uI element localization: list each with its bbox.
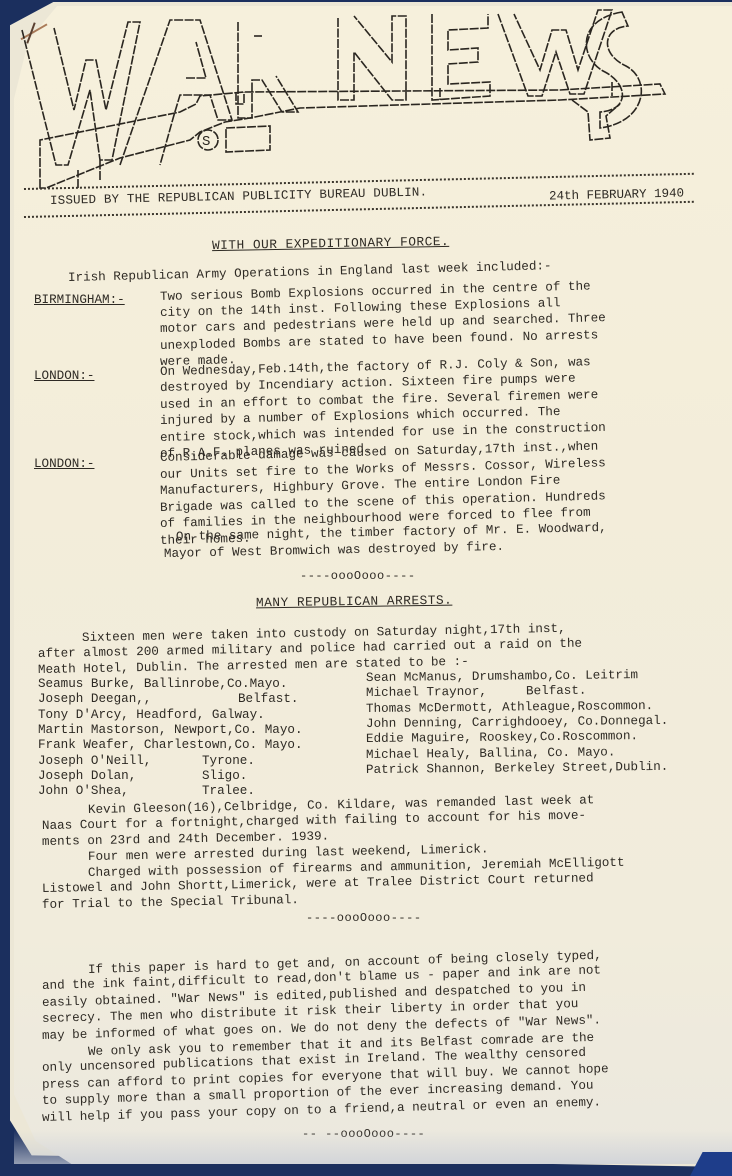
person-name: Joseph Deegan,, — [38, 692, 151, 706]
page-curl-shadow — [14, 1130, 732, 1164]
person-name: Thomas McDermott, — [366, 700, 502, 715]
arrested-person: Michael Traynor, Belfast. — [366, 684, 487, 701]
arrested-person: Tony D'Arcy, Headford, Galway. — [38, 707, 265, 723]
person-hometown: Athleague,Roscommon. — [502, 699, 653, 715]
place-label-birmingham: BIRMINGHAM:- — [34, 292, 125, 308]
person-name: John Denning, — [366, 716, 472, 731]
person-hometown: Rooskey,Co.Roscommon. — [479, 729, 638, 745]
separator: ----oooOooo---- — [306, 910, 422, 926]
person-name: Joseph O'Neill, — [38, 754, 151, 768]
person-name: Frank Weafer, — [38, 738, 144, 752]
arrested-person: Seamus Burke, Ballinrobe,Co.Mayo. — [38, 676, 287, 692]
person-hometown: Drumshambo,Co. Leitrim — [472, 668, 638, 684]
arrested-person: Joseph Deegan,, Belfast. — [38, 691, 151, 707]
person-hometown: Belfast. — [526, 683, 587, 700]
person-hometown: Belfast. — [238, 691, 298, 707]
war-news-logo-with-rifle-icon: S — [0, 0, 732, 190]
arrested-person: Joseph Dolan, Sligo. — [38, 768, 136, 784]
person-name: Tony D'Arcy, — [38, 708, 136, 722]
emblem-letter: S — [202, 134, 210, 150]
person-name: Seamus Burke, — [38, 677, 144, 691]
person-hometown: Berkeley Street,Dublin. — [494, 760, 668, 776]
person-name: Martin Mastorson, — [38, 723, 174, 737]
arrested-person: Martin Mastorson, Newport,Co. Mayo. — [38, 722, 303, 738]
masthead: S — [0, 0, 732, 190]
person-name: Michael Healy, — [366, 746, 480, 761]
person-name: Sean McManus, — [366, 670, 472, 685]
person-hometown: Carrighdooey, Co.Donnegal. — [472, 714, 669, 730]
person-hometown: Sligo. — [202, 768, 247, 784]
person-hometown: Headford, Galway. — [136, 708, 264, 722]
person-hometown: Tyrone. — [202, 753, 255, 769]
issued-bar: ISSUED BY THE REPUBLICAN PUBLICITY BUREA… — [24, 186, 694, 220]
person-name: Joseph Dolan, — [38, 769, 136, 783]
person-hometown: Ballina, Co. Mayo. — [479, 745, 615, 760]
arrested-person: Frank Weafer, Charlestown,Co. Mayo. — [38, 737, 303, 753]
arrested-person: Sean McManus, Drumshambo,Co. Leitrim — [366, 667, 638, 686]
person-hometown: Newport,Co. Mayo. — [174, 723, 302, 737]
place-label-london: LONDON:- — [34, 456, 94, 472]
arrested-person: Patrick Shannon, Berkeley Street,Dublin. — [366, 759, 668, 778]
arrested-person: John O'Shea, Tralee. — [38, 783, 129, 799]
section-heading-arrests: MANY REPUBLICAN ARRESTS. — [256, 593, 453, 612]
person-name: Michael Traynor, — [366, 685, 487, 700]
person-name: Eddie Maguire, — [366, 731, 480, 746]
person-hometown: Tralee. — [202, 783, 255, 799]
person-name: John O'Shea, — [38, 784, 129, 798]
place-label-london: LONDON:- — [34, 368, 94, 384]
person-hometown: Ballinrobe,Co.Mayo. — [144, 677, 288, 691]
person-hometown: Charlestown,Co. Mayo. — [144, 738, 303, 752]
person-name: Patrick Shannon, — [366, 761, 495, 776]
separator: ----oooOooo---- — [300, 568, 416, 584]
arrested-person: Joseph O'Neill, Tyrone. — [38, 753, 151, 769]
